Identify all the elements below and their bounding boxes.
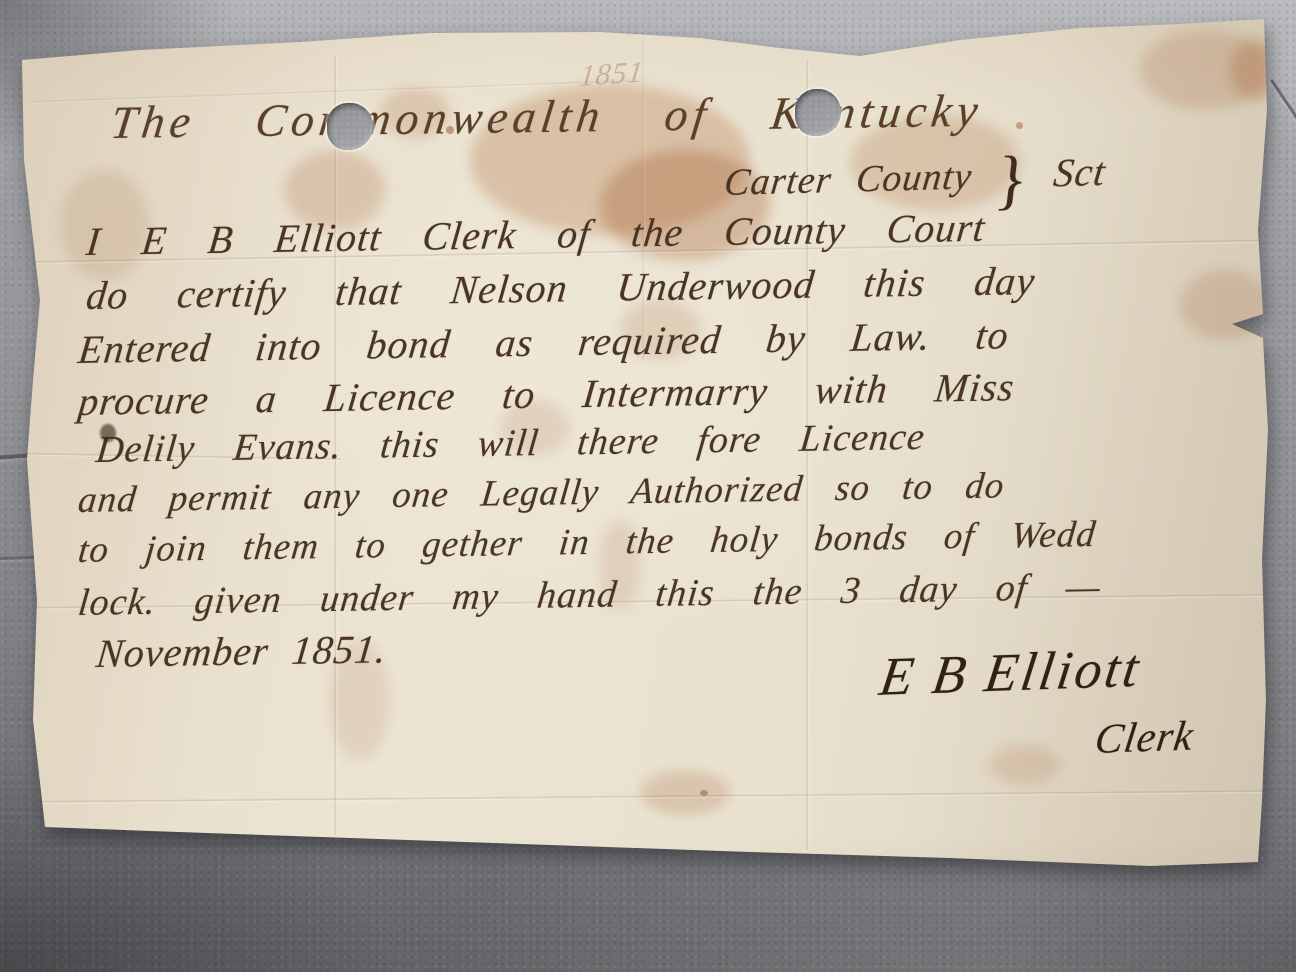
stain	[990, 745, 1060, 785]
photo: 1851 The Commonwealth of Kentucky Carter…	[0, 0, 1296, 972]
paper-wrapper: 1851 The Commonwealth of Kentucky Carter…	[0, 0, 1296, 972]
stain	[640, 770, 730, 815]
clerk-signature: E B Elliott	[876, 637, 1146, 708]
signature-title: Clerk	[1092, 712, 1197, 764]
county-name: Carter County	[722, 155, 974, 204]
ink-blot	[100, 424, 116, 442]
stain	[1180, 270, 1270, 340]
stain-speck	[1016, 122, 1023, 129]
stain	[1230, 40, 1280, 100]
scilicet-abbr: Sct	[1051, 149, 1108, 196]
document-line: November 1851.	[94, 625, 389, 677]
paper: 1851 The Commonwealth of Kentucky Carter…	[0, 0, 1296, 972]
